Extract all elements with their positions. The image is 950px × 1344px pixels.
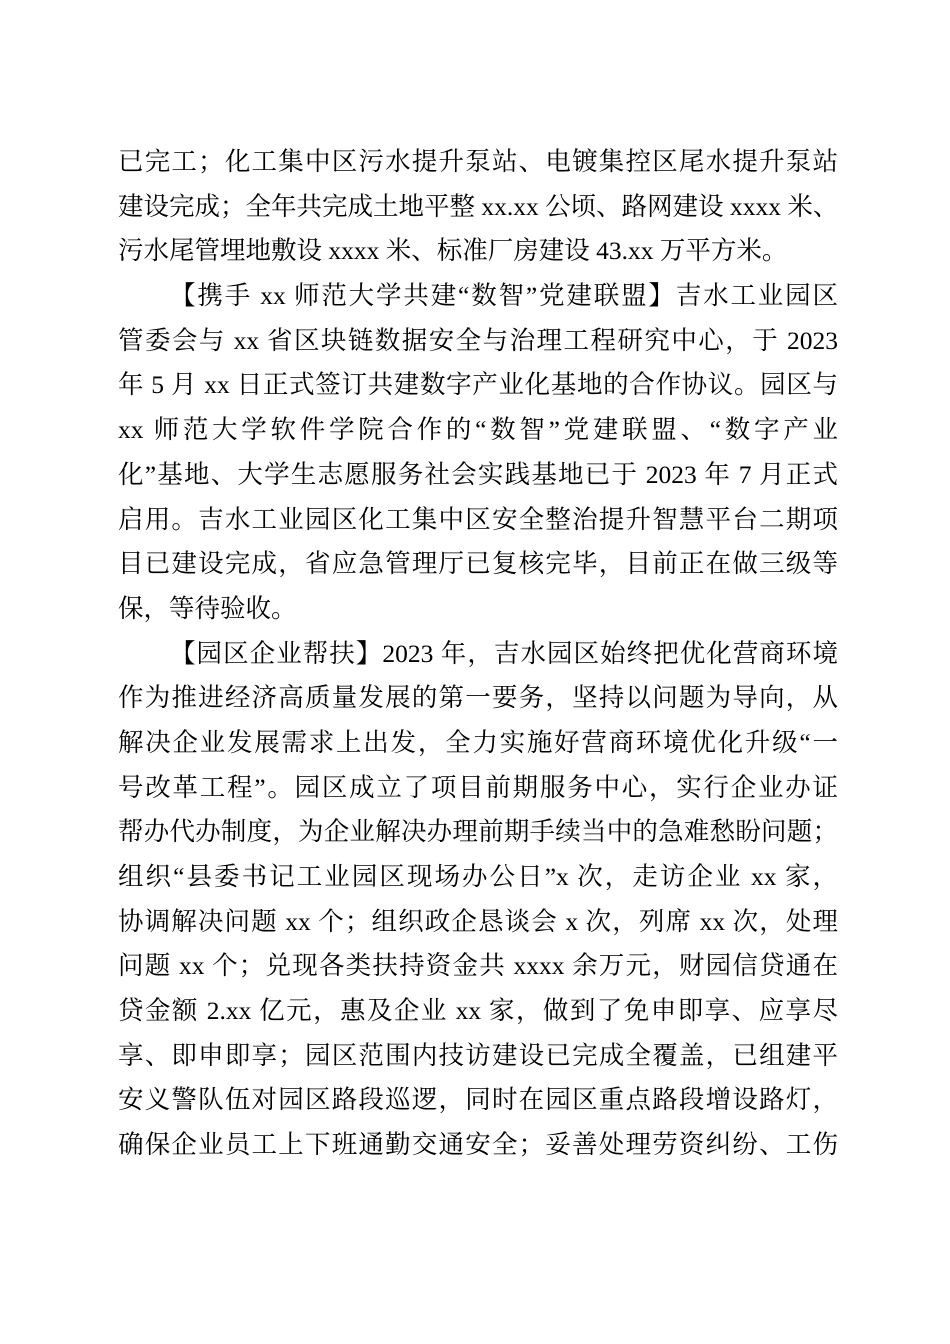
text-line: 问题 xx 个；兑现各类扶持资金共 xxxx 余万元，财园信贷通在 (118, 944, 838, 989)
text-line-section-heading: 【园区企业帮扶】2023 年，吉水园区始终把优化营商环境 (118, 632, 838, 677)
text-line: 帮办代办制度，为企业解决办理前期手续当中的急难愁盼问题； (118, 810, 838, 855)
text-line-section-heading: 【携手 xx 师范大学共建“数智”党建联盟】吉水工业园区 (118, 274, 838, 319)
text-line: 目已建设完成，省应急管理厅已复核完毕，目前正在做三级等 (118, 542, 838, 587)
text-line: 建设完成；全年共完成土地平整 xx.xx 公顷、路网建设 xxxx 米、 (118, 185, 838, 230)
text-line: 享、即申即享；园区范围内技访建设已完成全覆盖，已组建平 (118, 1034, 838, 1079)
text-line: xx 师范大学软件学院合作的“数智”党建联盟、“数字产业 (118, 408, 838, 453)
text-line: 已完工；化工集中区污水提升泵站、电镀集控区尾水提升泵站 (118, 140, 838, 185)
paragraph-infrastructure-completion: 已完工；化工集中区污水提升泵站、电镀集控区尾水提升泵站 建设完成；全年共完成土地… (118, 140, 838, 274)
text-line: 组织“县委书记工业园区现场办公日”x 次，走访企业 xx 家， (118, 855, 838, 900)
text-line: 贷金额 2.xx 亿元，惠及企业 xx 家，做到了免申即享、应享尽 (118, 989, 838, 1034)
text-line: 管委会与 xx 省区块链数据安全与治理工程研究中心，于 2023 (118, 319, 838, 364)
paragraph-enterprise-support: 【园区企业帮扶】2023 年，吉水园区始终把优化营商环境 作为推进经济高质量发展… (118, 632, 838, 1168)
text-line: 保，等待验收。 (118, 587, 838, 632)
text-line: 确保企业员工上下班通勤交通安全；妥善处理劳资纠纷、工伤 (118, 1123, 838, 1168)
text-line: 协调解决问题 xx 个；组织政企恳谈会 x 次，列席 xx 次，处理 (118, 900, 838, 945)
text-line: 年 5 月 xx 日正式签订共建数字产业化基地的合作协议。园区与 (118, 363, 838, 408)
text-line: 安义警队伍对园区路段巡逻，同时在园区重点路段增设路灯， (118, 1078, 838, 1123)
text-line: 作为推进经济高质量发展的第一要务，坚持以问题为导向，从 (118, 676, 838, 721)
text-line: 化”基地、大学生志愿服务社会实践基地已于 2023 年 7 月正式 (118, 453, 838, 498)
paragraph-party-building-alliance: 【携手 xx 师范大学共建“数智”党建联盟】吉水工业园区 管委会与 xx 省区块… (118, 274, 838, 632)
text-line: 启用。吉水工业园区化工集中区安全整治提升智慧平台二期项 (118, 498, 838, 543)
text-line: 号改革工程”。园区成立了项目前期服务中心，实行企业办证 (118, 766, 838, 811)
document-page: 已完工；化工集中区污水提升泵站、电镀集控区尾水提升泵站 建设完成；全年共完成土地… (0, 0, 838, 1168)
text-line: 解决企业发展需求上出发，全力实施好营商环境优化升级“一 (118, 721, 838, 766)
text-line: 污水尾管埋地敷设 xxxx 米、标准厂房建设 43.xx 万平方米。 (118, 229, 838, 274)
